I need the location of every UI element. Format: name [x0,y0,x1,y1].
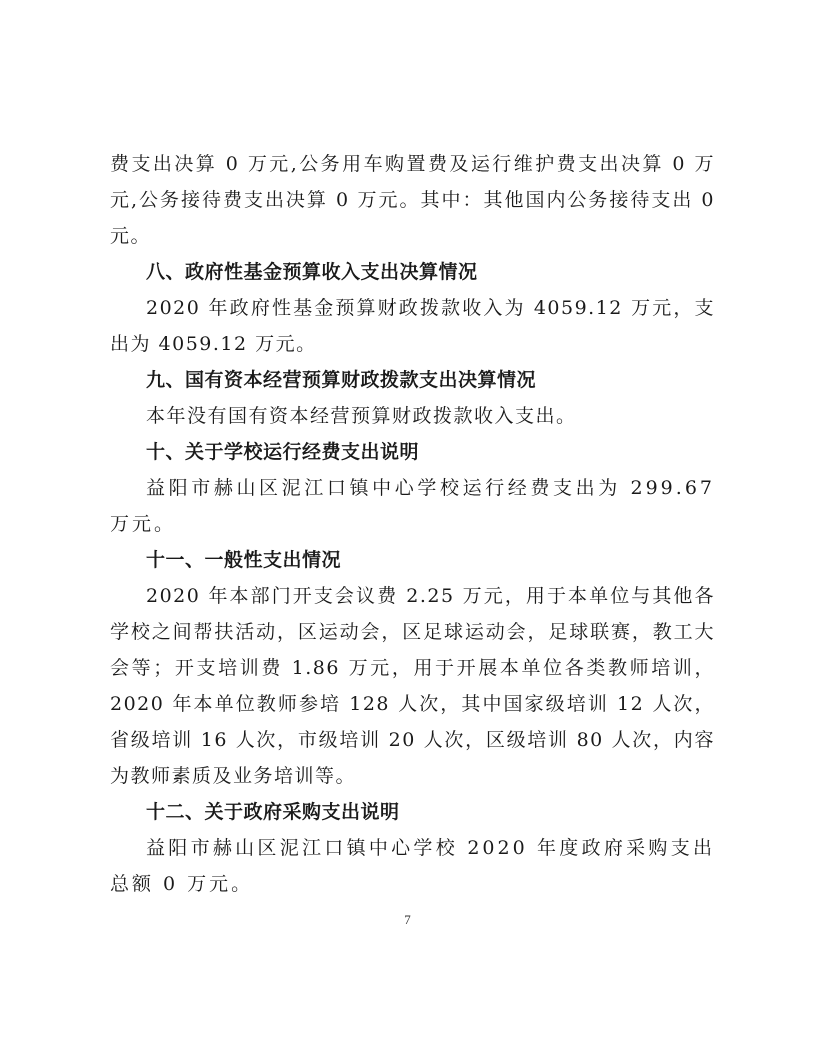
heading-section-8: 八、政府性基金预算收入支出决算情况 [110,254,715,290]
paragraph-government-fund: 2020 年政府性基金预算财政拨款收入为 4059.12 万元，支出为 4059… [110,290,715,362]
paragraph-general-expenses: 2020 年本部门开支会议费 2.25 万元，用于本单位与其他各学校之间帮扶活动… [110,578,715,794]
paragraph-operating-expenses: 益阳市赫山区泥江口镇中心学校运行经费支出为 299.67 万元。 [110,470,715,542]
heading-section-12: 十二、关于政府采购支出说明 [110,794,715,830]
document-page: 费支出决算 0 万元,公务用车购置费及运行维护费支出决算 0 万元,公务接待费支… [0,0,815,1055]
paragraph-procurement: 益阳市赫山区泥江口镇中心学校 2020 年度政府采购支出总额 0 万元。 [110,830,715,902]
heading-section-11: 十一、一般性支出情况 [110,542,715,578]
page-number: 7 [0,912,815,928]
document-body: 费支出决算 0 万元,公务用车购置费及运行维护费支出决算 0 万元,公务接待费支… [110,146,715,902]
heading-section-10: 十、关于学校运行经费支出说明 [110,434,715,470]
paragraph-official-expenses: 费支出决算 0 万元,公务用车购置费及运行维护费支出决算 0 万元,公务接待费支… [110,146,715,254]
paragraph-state-capital: 本年没有国有资本经营预算财政拨款收入支出。 [110,398,715,434]
heading-section-9: 九、国有资本经营预算财政拨款支出决算情况 [110,362,715,398]
